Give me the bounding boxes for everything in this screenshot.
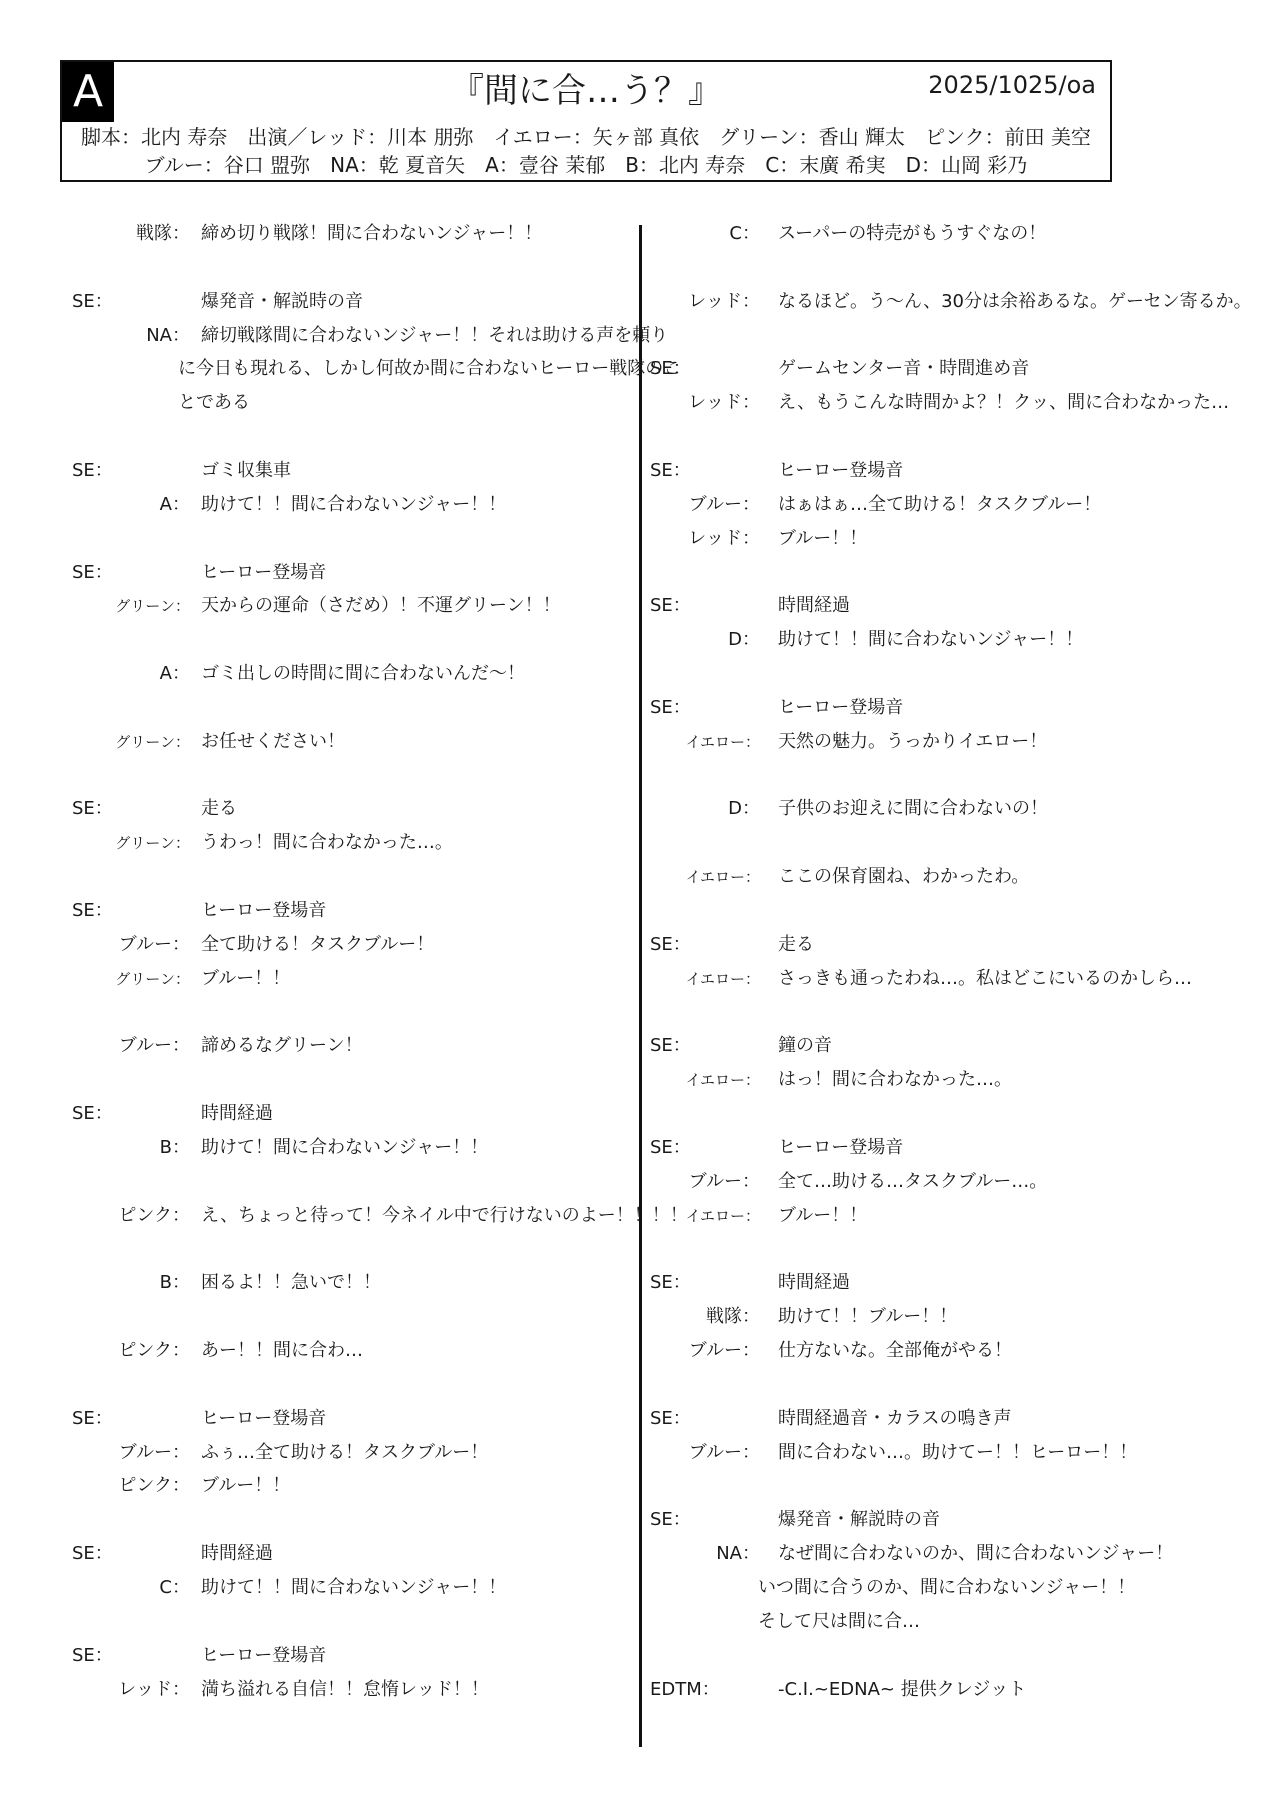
speaker-label: C： [648,217,760,251]
speaker-label: グリーン： [60,826,190,860]
dialogue-text: 全て助ける！タスクブルー！ [201,928,434,962]
speaker-label: ブルー： [60,928,190,962]
cue-label: SE： [650,1131,691,1165]
dialogue-text: ブルー！！ [201,1469,290,1503]
cue-text: -C.I.~EDNA~ 提供クレジット [778,1673,1026,1707]
cue-text: ヒーロー登場音 [201,556,326,590]
column-divider [639,225,642,1747]
cue-text: 走る [778,928,814,962]
speaker-label: ブルー： [648,1334,760,1368]
cue-label: SE： [72,1402,113,1436]
dialogue-text: そして尺は間に合… [758,1605,920,1639]
speaker-label: イエロー： [648,962,760,996]
dialogue-text: ブルー！！ [201,962,290,996]
cue-label: SE： [650,928,691,962]
dialogue-text: 助けて！！ブルー！！ [778,1300,957,1334]
cue-label: SE： [72,556,113,590]
broadcast-date-code: 2025/1025/oa [928,70,1096,100]
dialogue-text: スーパーの特売がもうすぐなの！ [778,217,1046,251]
dialogue-text: ブルー！！ [778,522,867,556]
dialogue-text: お任せください！ [201,725,345,759]
dialogue-text: 仕方ないな。全部俺がやる！ [778,1334,1012,1368]
cue-text: ゲームセンター音・時間進め音 [778,352,1029,386]
speaker-label: 戦隊： [60,217,190,251]
speaker-label: C： [60,1571,190,1605]
cue-text: 鐘の音 [778,1029,832,1063]
dialogue-text: 締め切り戦隊！間に合わないンジャー！！ [201,217,542,251]
speaker-label: イエロー： [648,1063,760,1097]
dialogue-text: うわっ！間に合わなかった…。 [201,826,453,860]
cue-text: ヒーロー登場音 [778,1131,903,1165]
dialogue-text: とである [178,386,250,420]
cue-text: ヒーロー登場音 [778,691,903,725]
dialogue-text: ここの保育園ね、わかったわ。 [778,860,1029,894]
dialogue-text: ふぅ…全て助ける！タスクブルー！ [201,1436,488,1470]
dialogue-text: 助けて！！間に合わないンジャー！！ [201,488,506,522]
speaker-label: ブルー： [648,1165,760,1199]
dialogue-text: 諦めるなグリーン！ [201,1029,363,1063]
dialogue-text: はっ！間に合わなかった…。 [778,1063,1012,1097]
cue-label: SE： [650,589,691,623]
cue-text: ヒーロー登場音 [201,1639,326,1673]
speaker-label: D： [648,792,760,826]
speaker-label: ピンク： [60,1199,190,1233]
cue-label: SE： [72,454,113,488]
speaker-label: レッド： [60,1673,190,1707]
speaker-label: イエロー： [648,860,760,894]
speaker-label: グリーン： [60,962,190,996]
speaker-label: レッド： [648,386,760,420]
dialogue-text: ブルー！！ [778,1199,867,1233]
cue-label: SE： [650,352,691,386]
cue-text: ヒーロー登場音 [201,1402,326,1436]
speaker-label: ピンク： [60,1334,190,1368]
speaker-label: D： [648,623,760,657]
speaker-label: NA： [648,1537,760,1571]
cue-label: SE： [72,894,113,928]
cue-text: 時間経過 [778,1266,850,1300]
speaker-label: ブルー： [60,1029,190,1063]
dialogue-text: いつ間に合うのか、間に合わないンジャー！！ [758,1571,1135,1605]
cue-label: SE： [72,1537,113,1571]
dialogue-text: さっきも通ったわね…。私はどこにいるのかしら… [778,962,1192,996]
dialogue-text: はぁはぁ…全て助ける！タスクブルー！ [778,488,1101,522]
cue-label: SE： [650,1402,691,1436]
speaker-label: イエロー： [648,1199,760,1233]
dialogue-text: 子供のお迎えに間に合わないの！ [778,792,1048,826]
speaker-label: ブルー： [648,1436,760,1470]
speaker-label: A： [60,488,190,522]
script-header: A 『間に合…う？』 2025/1025/oa 脚本：北内 寿奈 出演／レッド：… [60,60,1112,182]
dialogue-text: 助けて！間に合わないンジャー！！ [201,1131,488,1165]
speaker-label: ブルー： [648,488,760,522]
speaker-label: イエロー： [648,725,760,759]
speaker-label: グリーン： [60,725,190,759]
cue-label: SE： [72,792,113,826]
speaker-label: レッド： [648,285,760,319]
speaker-label: 戦隊： [648,1300,760,1334]
dialogue-text: に今日も現れる、しかし何故か間に合わないヒーロー戦隊のこ [178,352,681,386]
cue-label: SE： [72,285,113,319]
dialogue-text: え、ちょっと待って！今ネイル中で行けないのよー！！！！ [201,1199,688,1233]
dialogue-text: 天然の魅力。うっかりイエロー！ [778,725,1047,759]
cue-label: SE： [650,454,691,488]
speaker-label: B： [60,1266,190,1300]
speaker-label: ブルー： [60,1436,190,1470]
cue-text: 時間経過 [201,1097,273,1131]
dialogue-text: なるほど。う～ん、30分は余裕あるな。ゲーセン寄るか。 [778,285,1252,319]
speaker-label: レッド： [648,522,760,556]
dialogue-text: 困るよ！！急いで！！ [201,1266,381,1300]
dialogue-text: なぜ間に合わないのか、間に合わないンジャー！ [778,1537,1173,1571]
speaker-label: A： [60,657,190,691]
cue-label: EDTM： [650,1673,720,1707]
dialogue-text: ゴミ出しの時間に間に合わないんだ～！ [201,657,525,691]
dialogue-text: 間に合わない…。助けてー！！ヒーロー！！ [778,1436,1137,1470]
dialogue-text: あー！！間に合わ… [201,1334,363,1368]
cue-label: SE： [72,1639,113,1673]
dialogue-text: 助けて！！間に合わないンジャー！！ [778,623,1083,657]
cue-text: ヒーロー登場音 [778,454,903,488]
dialogue-text: 助けて！！間に合わないンジャー！！ [201,1571,506,1605]
dialogue-text: 満ち溢れる自信！！怠惰レッド！！ [201,1673,489,1707]
speaker-label: ピンク： [60,1469,190,1503]
credits-line-2: ブルー：谷口 盟弥 NA：乾 夏音矢 A：壹谷 茉郁 B：北内 寿奈 C：末廣 … [62,150,1110,180]
cue-text: ゴミ収集車 [201,454,291,488]
cue-label: SE： [650,1503,691,1537]
cue-label: SE： [650,1029,691,1063]
cue-text: 爆発音・解説時の音 [778,1503,940,1537]
speaker-label: グリーン： [60,589,190,623]
speaker-label: B： [60,1131,190,1165]
cue-text: 爆発音・解説時の音 [201,285,363,319]
speaker-label: NA： [60,319,190,353]
dialogue-text: 全て…助ける…タスクブルー…。 [778,1165,1047,1199]
cue-label: SE： [72,1097,113,1131]
dialogue-text: 締切戦隊間に合わないンジャー！！それは助ける声を頼り [201,319,668,353]
dialogue-text: 天からの運命（さだめ）！不運グリーン！！ [201,589,561,623]
cue-text: ヒーロー登場音 [201,894,326,928]
cue-label: SE： [650,691,691,725]
dialogue-text: え、もうこんな時間かよ？！クッ、間に合わなかった… [778,386,1229,420]
credits-line-1: 脚本：北内 寿奈 出演／レッド：川本 朋弥 イエロー：矢ヶ部 真依 グリーン：香… [62,122,1110,152]
cue-text: 時間経過音・カラスの鳴き声 [778,1402,1011,1436]
cue-label: SE： [650,1266,691,1300]
cue-text: 時間経過 [778,589,850,623]
cue-text: 時間経過 [201,1537,273,1571]
cue-text: 走る [201,792,237,826]
